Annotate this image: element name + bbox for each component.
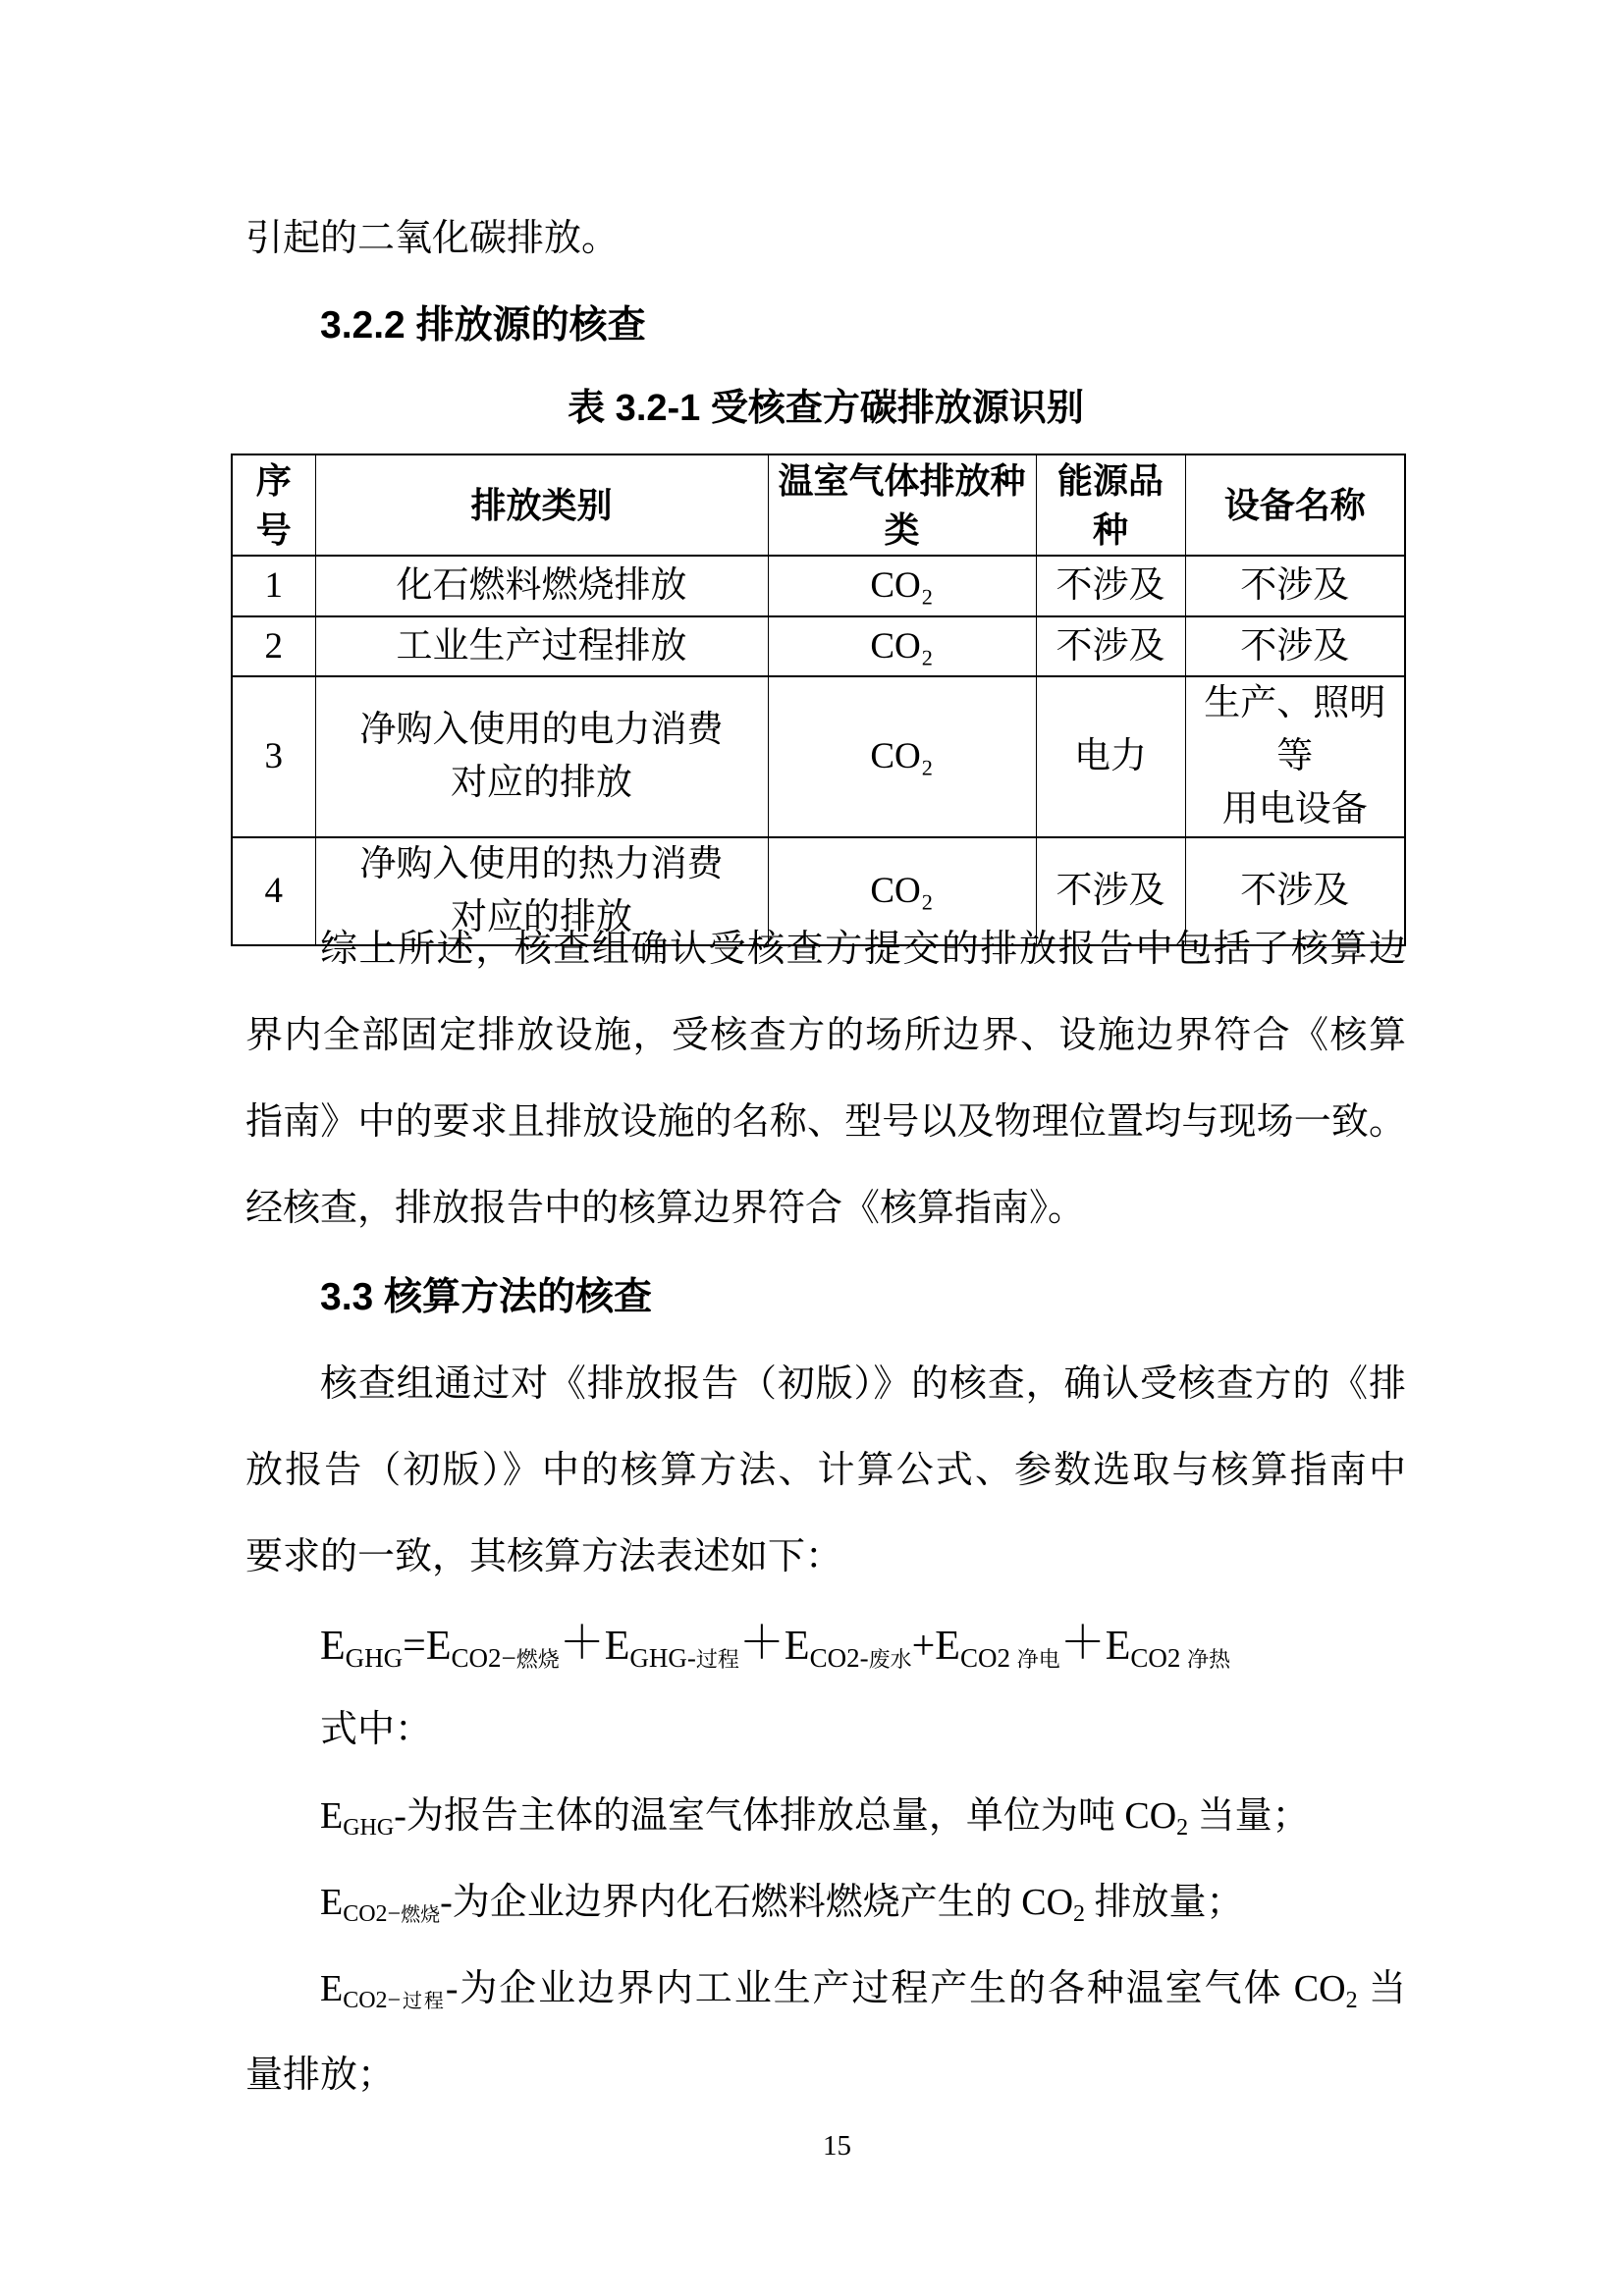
table-header-cell: 能源品 种 <box>1036 454 1185 556</box>
table-row: 3净购入使用的电力消费 对应的排放CO₂电力生产、照明等 用电设备 <box>232 676 1405 837</box>
definition-line-eco2-combustion: ECO2−燃烧-为企业边界内化石燃料燃烧产生的 CO2 排放量； <box>245 1875 1406 1943</box>
formula-text: 排放量； <box>1085 1882 1244 1923</box>
intro-line: 引起的二氧化碳排放。 <box>245 211 1406 266</box>
table-cell: CO₂ <box>768 676 1036 837</box>
formula-text: -为企业边界内工业生产过程产生的各种温室气体 CO <box>446 1968 1346 2009</box>
formula-text: E <box>785 1624 810 1669</box>
formula-subscript: CO2− <box>452 1643 516 1673</box>
formula-subscript: 废水 <box>869 1647 912 1672</box>
formula-text: 当量； <box>1188 1795 1310 1837</box>
section-heading-3-2-2: 3.2.2 排放源的核查 <box>245 298 1406 353</box>
formula-subscript: ＋ <box>739 1618 785 1668</box>
table-header-row: 序 号排放类别温室气体排放种 类能源品 种设备名称 <box>232 454 1405 556</box>
table-cell: 净购入使用的电力消费 对应的排放 <box>315 676 768 837</box>
table-header-cell: 设备名称 <box>1185 454 1405 556</box>
formula-text: -为报告主体的温室气体排放总量，单位为吨 CO <box>394 1795 1176 1837</box>
formula-subscript: GHG <box>346 1643 404 1673</box>
formula-subscript: CO2 <box>1130 1643 1187 1673</box>
formula-text: E <box>605 1624 630 1669</box>
paragraph-line: 经核查，排放报告中的核算边界符合《核算指南》。 <box>245 1181 1406 1236</box>
formula-text: E <box>320 1882 343 1923</box>
formula-text: E <box>320 1624 346 1669</box>
formula-subscript: CO2- <box>810 1643 869 1673</box>
paragraph-line: 要求的一致，其核算方法表述如下： <box>245 1529 1406 1584</box>
formula-subscript: 净电 <box>1017 1647 1060 1672</box>
formula-text: 当 <box>1358 1968 1406 2009</box>
formula-subscript: 2 <box>1073 1901 1085 1927</box>
formula-text: E <box>1106 1624 1131 1669</box>
table-cell: 不涉及 <box>1036 556 1185 616</box>
table-cell: CO₂ <box>768 556 1036 616</box>
table-cell: 生产、照明等 用电设备 <box>1185 676 1405 837</box>
section-heading-3-3: 3.3 核算方法的核查 <box>245 1270 1406 1325</box>
formula-subscript: CO2 <box>960 1643 1017 1673</box>
table-header-cell: 温室气体排放种 类 <box>768 454 1036 556</box>
paragraph-line: 综上所述，核查组确认受核查方提交的排放报告中包括了核算边 <box>245 922 1406 977</box>
table-cell: 不涉及 <box>1185 616 1405 676</box>
paragraph-line: 放报告（初版）》中的核算方法、计算公式、参数选取与核算指南中 <box>245 1443 1406 1498</box>
formula-subscript: 过程 <box>696 1647 739 1672</box>
definition-line-eco2-process: ECO2−过程-为企业边界内工业生产过程产生的各种温室气体 CO2 当 <box>245 1961 1406 2029</box>
formula-text: + <box>912 1624 936 1669</box>
table-header-cell: 序 号 <box>232 454 315 556</box>
paragraph-line: 核查组通过对《排放报告（初版）》的核查，确认受核查方的《排 <box>245 1357 1406 1412</box>
formula-subscript: 燃烧 <box>516 1647 560 1672</box>
ghg-emission-formula: EGHG=ECO2−燃烧＋EGHG-过程＋ECO2-废水+ECO2 净电＋ECO… <box>245 1614 1406 1689</box>
table-header-cell: 排放类别 <box>315 454 768 556</box>
formula-subscript: CO2− <box>343 1901 401 1927</box>
table-cell: CO₂ <box>768 616 1036 676</box>
table-cell: 3 <box>232 676 315 837</box>
table-row: 1化石燃料燃烧排放CO₂不涉及不涉及 <box>232 556 1405 616</box>
formula-subscript: 净热 <box>1187 1647 1230 1672</box>
formula-text: -为企业边界内化石燃料燃烧产生的 CO <box>440 1882 1073 1923</box>
document-page: 引起的二氧化碳排放。 3.2.2 排放源的核查 表 3.2-1 受核查方碳排放源… <box>0 0 1624 2296</box>
formula-text: E <box>320 1968 343 2009</box>
table-title: 表 3.2-1 受核查方碳排放源识别 <box>245 381 1406 436</box>
table-cell: 工业生产过程排放 <box>315 616 768 676</box>
formula-text: E <box>320 1795 343 1837</box>
formula-subscript: GHG- <box>629 1643 696 1673</box>
formula-subscript: CO2− <box>343 1988 401 2013</box>
page-number: 15 <box>823 2126 851 2165</box>
formula-text: E <box>935 1624 960 1669</box>
formula-subscript: 燃烧 <box>401 1904 440 1926</box>
formula-subscript: ＋ <box>1060 1618 1106 1668</box>
definition-line-eghg: EGHG-为报告主体的温室气体排放总量，单位为吨 CO2 当量； <box>245 1789 1406 1855</box>
formula-intro-line: 式中： <box>245 1702 1406 1757</box>
formula-subscript: ＋ <box>560 1618 605 1668</box>
formula-subscript: GHG <box>343 1815 394 1841</box>
table-cell: 化石燃料燃烧排放 <box>315 556 768 616</box>
table-cell: 不涉及 <box>1036 616 1185 676</box>
table-cell: 2 <box>232 616 315 676</box>
paragraph-line: 指南》中的要求且排放设施的名称、型号以及物理位置均与现场一致。 <box>245 1095 1406 1149</box>
formula-subscript: 过程 <box>401 1991 446 2012</box>
table-cell: 不涉及 <box>1185 556 1405 616</box>
formula-subscript: 2 <box>1176 1815 1188 1841</box>
formula-subscript: 2 <box>1346 1988 1358 2013</box>
emissions-source-table: 序 号排放类别温室气体排放种 类能源品 种设备名称1化石燃料燃烧排放CO₂不涉及… <box>231 454 1406 946</box>
definition-tail-line: 量排放； <box>245 2048 1406 2103</box>
table-row: 2工业生产过程排放CO₂不涉及不涉及 <box>232 616 1405 676</box>
formula-text: =E <box>403 1624 451 1669</box>
table-cell: 1 <box>232 556 315 616</box>
table-cell: 电力 <box>1036 676 1185 837</box>
paragraph-line: 界内全部固定排放设施，受核查方的场所边界、设施边界符合《核算 <box>245 1008 1406 1063</box>
